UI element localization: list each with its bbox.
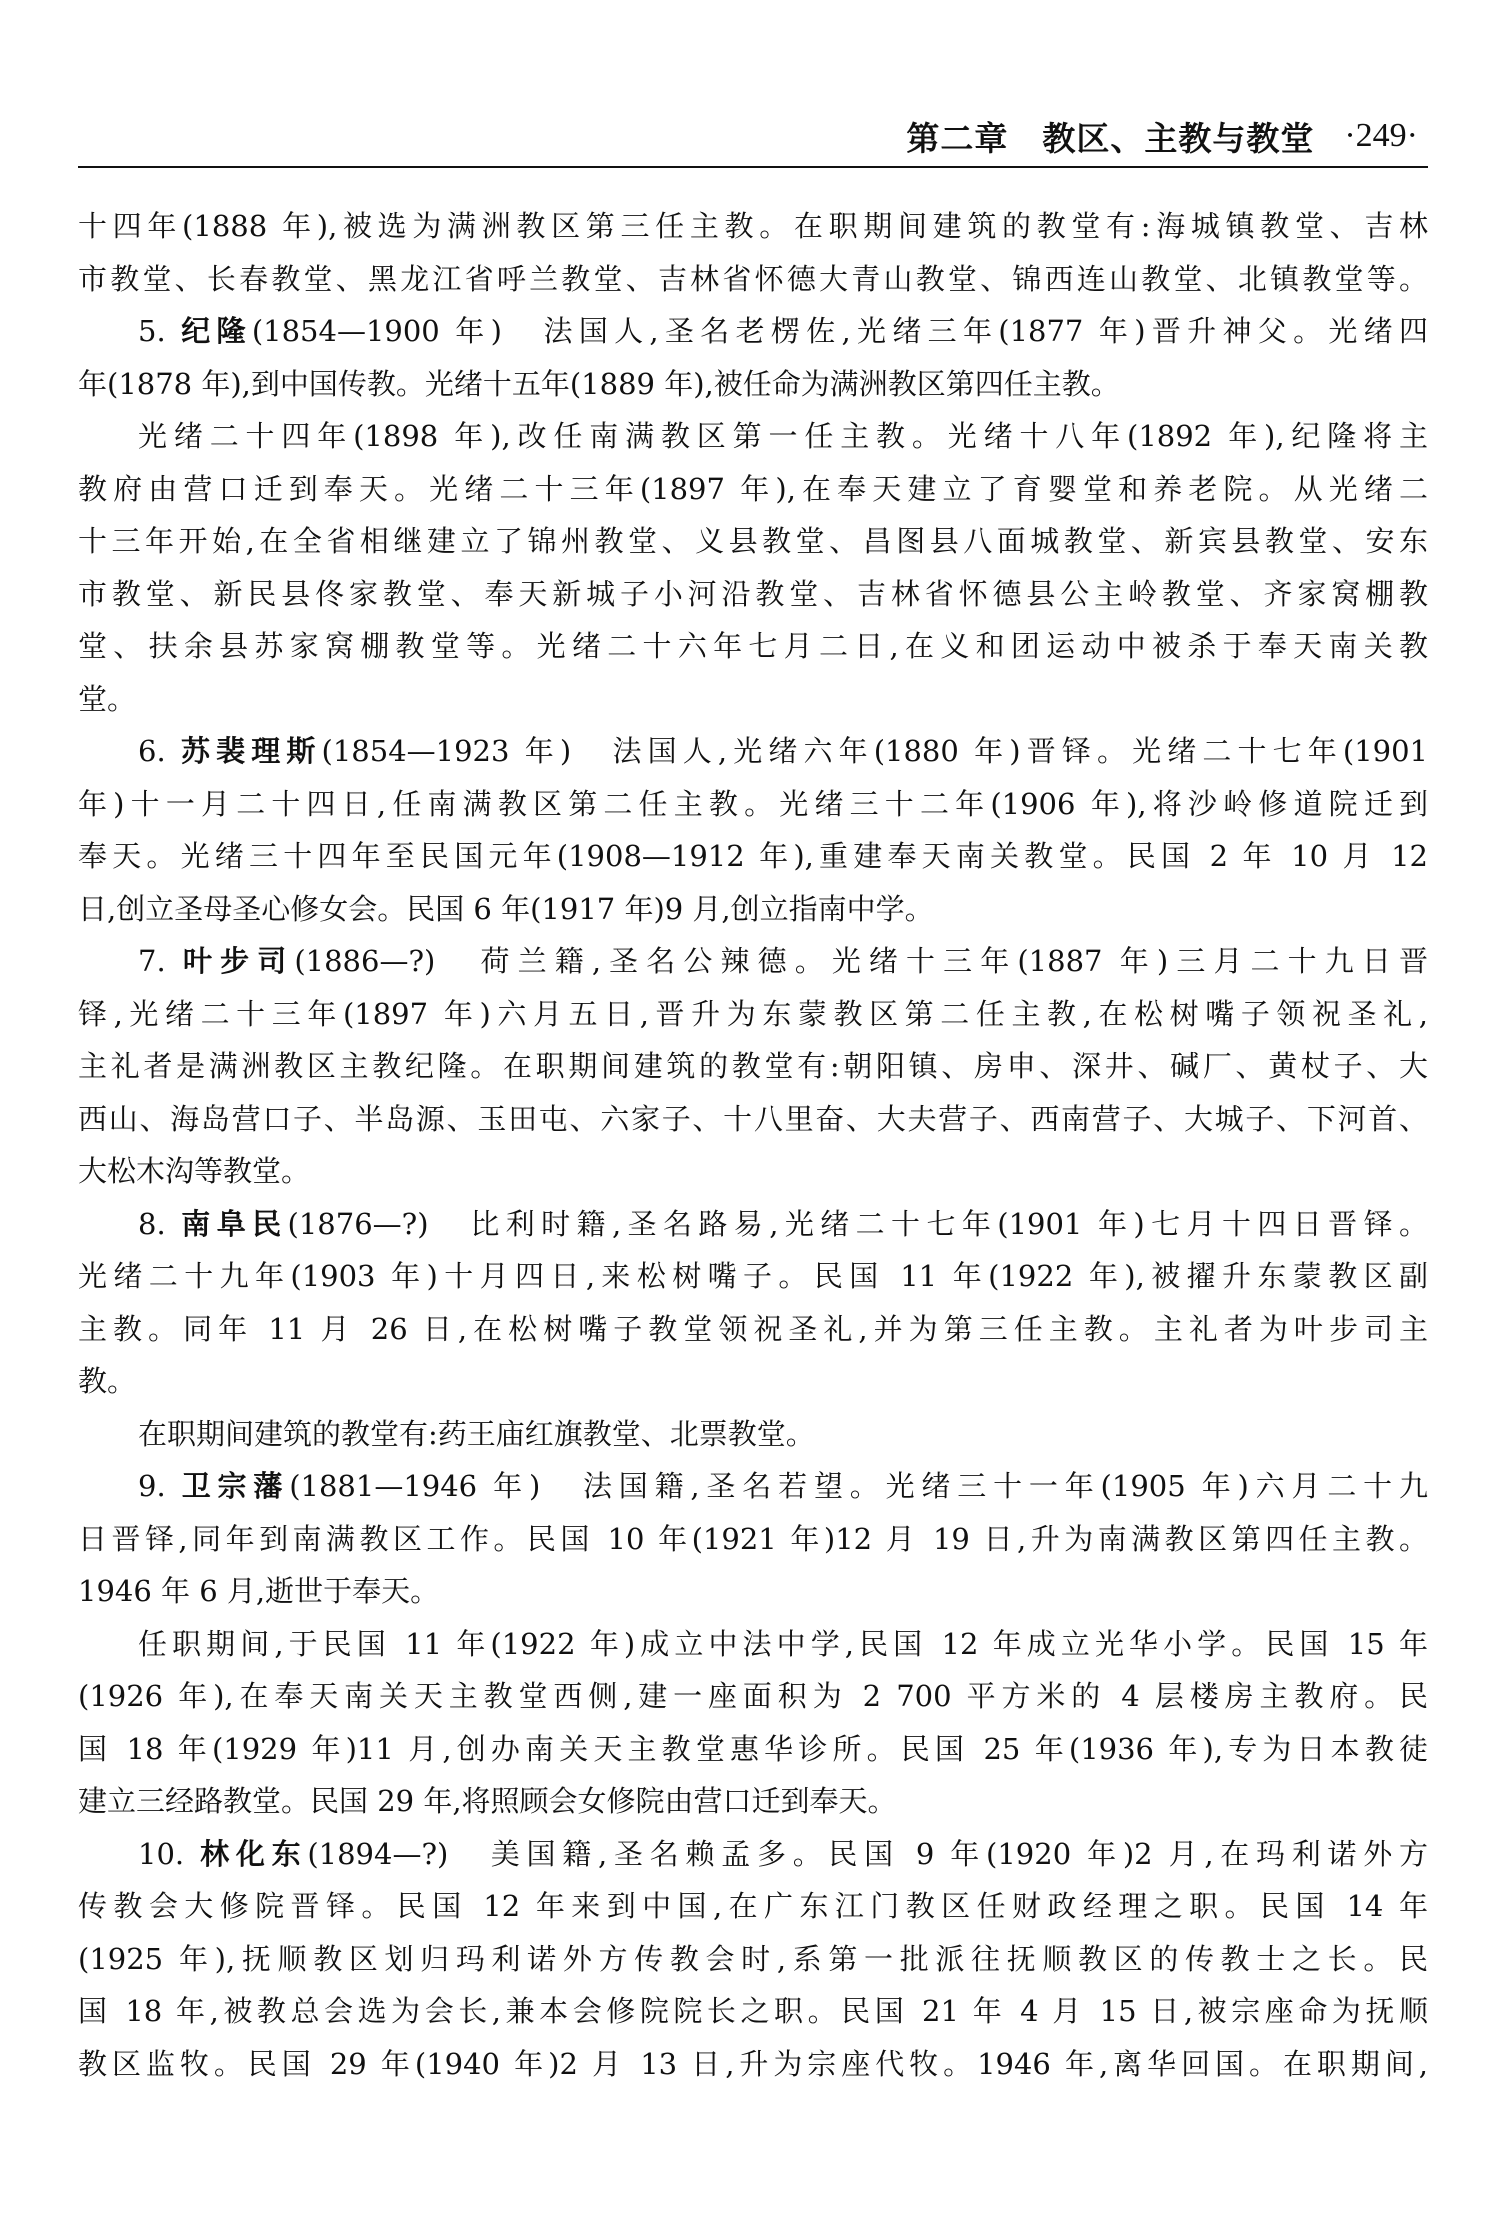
line-text: 教区监牧。民国 29 年(1940 年)2 月 13 日,升为宗座代牧。1946… — [78, 2047, 1428, 2081]
bishop-name: 南阜民 — [181, 1207, 287, 1241]
line-text: 传教会大修院晋铎。民国 12 年来到中国,在广东江门教区任财政经理之职。民国 1… — [78, 1889, 1428, 1923]
line-text: 国 18 年(1929 年)11 月,创办南关天主教堂惠华诊所。民国 25 年(… — [78, 1732, 1428, 1766]
text-line: 国 18 年(1929 年)11 月,创办南关天主教堂惠华诊所。民国 25 年(… — [78, 1723, 1428, 1776]
line-text: (1926 年),在奉天南关天主教堂西侧,建一座面积为 2 700 平方米的 4… — [78, 1679, 1428, 1713]
line-text: (1854—1923 年) 法国人,光绪六年(1880 年)晋铎。光绪二十七年(… — [322, 734, 1428, 768]
entry-heading-line: 9. 卫宗藩(1881—1946 年) 法国籍,圣名若望。光绪三十一年(1905… — [78, 1460, 1428, 1513]
text-line: 奉天。光绪三十四年至民国元年(1908—1912 年),重建奉天南关教堂。民国 … — [78, 830, 1428, 883]
entry-number: 10. — [138, 1837, 200, 1871]
text-line: 市教堂、长春教堂、黑龙江省呼兰教堂、吉林省怀德大青山教堂、锦西连山教堂、北镇教堂… — [78, 253, 1428, 306]
line-text: 市教堂、新民县佟家教堂、奉天新城子小河沿教堂、吉林省怀德县公主岭教堂、齐家窝棚教 — [78, 577, 1428, 611]
bishop-name: 纪隆 — [181, 314, 252, 348]
header-rule — [78, 166, 1428, 168]
line-text: (1876—?) 比利时籍,圣名路易,光绪二十七年(1901 年)七月十四日晋铎… — [288, 1207, 1428, 1241]
text-line: 西山、海岛营口子、半岛源、玉田屯、六家子、十八里奋、大夫营子、西南营子、大城子、… — [78, 1093, 1428, 1146]
text-line: 年(1878 年),到中国传教。光绪十五年(1889 年),被任命为满洲教区第四… — [78, 358, 1428, 411]
line-text: 铎,光绪二十三年(1897 年)六月五日,晋升为东蒙教区第二任主教,在松树嘴子领… — [78, 997, 1428, 1031]
bishop-name: 叶步司 — [183, 944, 294, 978]
text-line: 市教堂、新民县佟家教堂、奉天新城子小河沿教堂、吉林省怀德县公主岭教堂、齐家窝棚教 — [78, 568, 1428, 621]
body-text: 十四年(1888 年),被选为满洲教区第三任主教。在职期间建筑的教堂有:海城镇教… — [78, 200, 1428, 2090]
bishop-name: 苏裴理斯 — [181, 734, 322, 768]
line-text: 建立三经路教堂。民国 29 年,将照顾会女修院由营口迁到奉天。 — [78, 1784, 897, 1818]
line-text: 主礼者是满洲教区主教纪隆。在职期间建筑的教堂有:朝阳镇、房申、深井、碱厂、黄杖子… — [78, 1049, 1428, 1083]
text-line: 主教。同年 11 月 26 日,在松树嘴子教堂领祝圣礼,并为第三任主教。主礼者为… — [78, 1303, 1428, 1356]
entry-number: 8. — [138, 1207, 181, 1241]
bishop-name: 卫宗藩 — [182, 1469, 289, 1503]
line-text: 1946 年 6 月,逝世于奉天。 — [78, 1574, 439, 1608]
bishop-name: 林化东 — [200, 1837, 307, 1871]
text-line: 教。 — [78, 1355, 1428, 1408]
entry-number: 5. — [138, 314, 181, 348]
text-line: 建立三经路教堂。民国 29 年,将照顾会女修院由营口迁到奉天。 — [78, 1775, 1428, 1828]
text-line: 堂、扶余县苏家窝棚教堂等。光绪二十六年七月二日,在义和团运动中被杀于奉天南关教 — [78, 620, 1428, 673]
entry-number: 6. — [138, 734, 181, 768]
text-line: 任职期间,于民国 11 年(1922 年)成立中法中学,民国 12 年成立光华小… — [78, 1618, 1428, 1671]
page-number: ·249· — [1344, 117, 1418, 155]
line-text: 教。 — [78, 1364, 136, 1398]
entry-heading-line: 8. 南阜民(1876—?) 比利时籍,圣名路易,光绪二十七年(1901 年)七… — [78, 1198, 1428, 1251]
line-text: (1881—1946 年) 法国籍,圣名若望。光绪三十一年(1905 年)六月二… — [289, 1469, 1428, 1503]
line-text: 堂、扶余县苏家窝棚教堂等。光绪二十六年七月二日,在义和团运动中被杀于奉天南关教 — [78, 629, 1428, 663]
line-text: 年(1878 年),到中国传教。光绪十五年(1889 年),被任命为满洲教区第四… — [78, 367, 1120, 401]
entry-number: 7. — [138, 944, 183, 978]
line-text: 市教堂、长春教堂、黑龙江省呼兰教堂、吉林省怀德大青山教堂、锦西连山教堂、北镇教堂… — [78, 262, 1428, 296]
text-line: 十三年开始,在全省相继建立了锦州教堂、义县教堂、昌图县八面城教堂、新宾县教堂、安… — [78, 515, 1428, 568]
text-line: 十四年(1888 年),被选为满洲教区第三任主教。在职期间建筑的教堂有:海城镇教… — [78, 200, 1428, 253]
line-text: 十三年开始,在全省相继建立了锦州教堂、义县教堂、昌图县八面城教堂、新宾县教堂、安… — [78, 524, 1428, 558]
text-line: 年)十一月二十四日,任南满教区第二任主教。光绪三十二年(1906 年),将沙岭修… — [78, 778, 1428, 831]
text-line: 光绪二十四年(1898 年),改任南满教区第一任主教。光绪十八年(1892 年)… — [78, 410, 1428, 463]
line-text: 国 18 年,被教总会选为会长,兼本会修院院长之职。民国 21 年 4 月 15… — [78, 1994, 1428, 2028]
line-text: 教府由营口迁到奉天。光绪二十三年(1897 年),在奉天建立了育婴堂和养老院。从… — [78, 472, 1428, 506]
line-text: 在职期间建筑的教堂有:药王庙红旗教堂、北票教堂。 — [138, 1417, 815, 1451]
line-text: (1925 年),抚顺教区划归玛利诺外方传教会时,系第一批派往抚顺教区的传教士之… — [78, 1942, 1428, 1976]
text-line: 日晋铎,同年到南满教区工作。民国 10 年(1921 年)12 月 19 日,升… — [78, 1513, 1428, 1566]
line-text: 堂。 — [78, 682, 136, 716]
line-text: 光绪二十九年(1903 年)十月四日,来松树嘴子。民国 11 年(1922 年)… — [78, 1259, 1428, 1293]
text-line: 传教会大修院晋铎。民国 12 年来到中国,在广东江门教区任财政经理之职。民国 1… — [78, 1880, 1428, 1933]
text-line: 主礼者是满洲教区主教纪隆。在职期间建筑的教堂有:朝阳镇、房申、深井、碱厂、黄杖子… — [78, 1040, 1428, 1093]
text-line: (1926 年),在奉天南关天主教堂西侧,建一座面积为 2 700 平方米的 4… — [78, 1670, 1428, 1723]
line-text: (1886—?) 荷兰籍,圣名公辣德。光绪十三年(1887 年)三月二十九日晋 — [294, 944, 1428, 978]
line-text: 奉天。光绪三十四年至民国元年(1908—1912 年),重建奉天南关教堂。民国 … — [78, 839, 1428, 873]
entry-heading-line: 6. 苏裴理斯(1854—1923 年) 法国人,光绪六年(1880 年)晋铎。… — [78, 725, 1428, 778]
line-text: 日,创立圣母圣心修女会。民国 6 年(1917 年)9 月,创立指南中学。 — [78, 892, 934, 926]
text-line: 国 18 年,被教总会选为会长,兼本会修院院长之职。民国 21 年 4 月 15… — [78, 1985, 1428, 2038]
text-line: 铎,光绪二十三年(1897 年)六月五日,晋升为东蒙教区第二任主教,在松树嘴子领… — [78, 988, 1428, 1041]
line-text: 十四年(1888 年),被选为满洲教区第三任主教。在职期间建筑的教堂有:海城镇教… — [78, 209, 1428, 243]
entry-heading-line: 10. 林化东(1894—?) 美国籍,圣名赖孟多。民国 9 年(1920 年)… — [78, 1828, 1428, 1881]
chapter-label: 第二章 — [906, 113, 1008, 160]
text-line: 堂。 — [78, 673, 1428, 726]
text-line: 教府由营口迁到奉天。光绪二十三年(1897 年),在奉天建立了育婴堂和养老院。从… — [78, 463, 1428, 516]
text-line: 日,创立圣母圣心修女会。民国 6 年(1917 年)9 月,创立指南中学。 — [78, 883, 1428, 936]
line-text: 主教。同年 11 月 26 日,在松树嘴子教堂领祝圣礼,并为第三任主教。主礼者为… — [78, 1312, 1428, 1346]
running-header: 第二章 教区、主教与教堂 ·249· — [78, 108, 1428, 164]
line-text: 西山、海岛营口子、半岛源、玉田屯、六家子、十八里奋、大夫营子、西南营子、大城子、… — [78, 1102, 1428, 1136]
entry-heading-line: 7. 叶步司(1886—?) 荷兰籍,圣名公辣德。光绪十三年(1887 年)三月… — [78, 935, 1428, 988]
line-text: 日晋铎,同年到南满教区工作。民国 10 年(1921 年)12 月 19 日,升… — [78, 1522, 1428, 1556]
text-line: 光绪二十九年(1903 年)十月四日,来松树嘴子。民国 11 年(1922 年)… — [78, 1250, 1428, 1303]
entry-number: 9. — [138, 1469, 182, 1503]
line-text: (1854—1900 年) 法国人,圣名老楞佐,光绪三年(1877 年)晋升神父… — [252, 314, 1428, 348]
entry-heading-line: 5. 纪隆(1854—1900 年) 法国人,圣名老楞佐,光绪三年(1877 年… — [78, 305, 1428, 358]
chapter-title: 教区、主教与教堂 — [1042, 113, 1314, 160]
text-line: 1946 年 6 月,逝世于奉天。 — [78, 1565, 1428, 1618]
text-line: 教区监牧。民国 29 年(1940 年)2 月 13 日,升为宗座代牧。1946… — [78, 2038, 1428, 2091]
text-line: 大松木沟等教堂。 — [78, 1145, 1428, 1198]
line-text: 任职期间,于民国 11 年(1922 年)成立中法中学,民国 12 年成立光华小… — [138, 1627, 1428, 1661]
text-line: (1925 年),抚顺教区划归玛利诺外方传教会时,系第一批派往抚顺教区的传教士之… — [78, 1933, 1428, 1986]
line-text: 年)十一月二十四日,任南满教区第二任主教。光绪三十二年(1906 年),将沙岭修… — [78, 787, 1428, 821]
line-text: 大松木沟等教堂。 — [78, 1154, 310, 1188]
text-line: 在职期间建筑的教堂有:药王庙红旗教堂、北票教堂。 — [78, 1408, 1428, 1461]
line-text: (1894—?) 美国籍,圣名赖孟多。民国 9 年(1920 年)2 月,在玛利… — [307, 1837, 1428, 1871]
line-text: 光绪二十四年(1898 年),改任南满教区第一任主教。光绪十八年(1892 年)… — [138, 419, 1428, 453]
